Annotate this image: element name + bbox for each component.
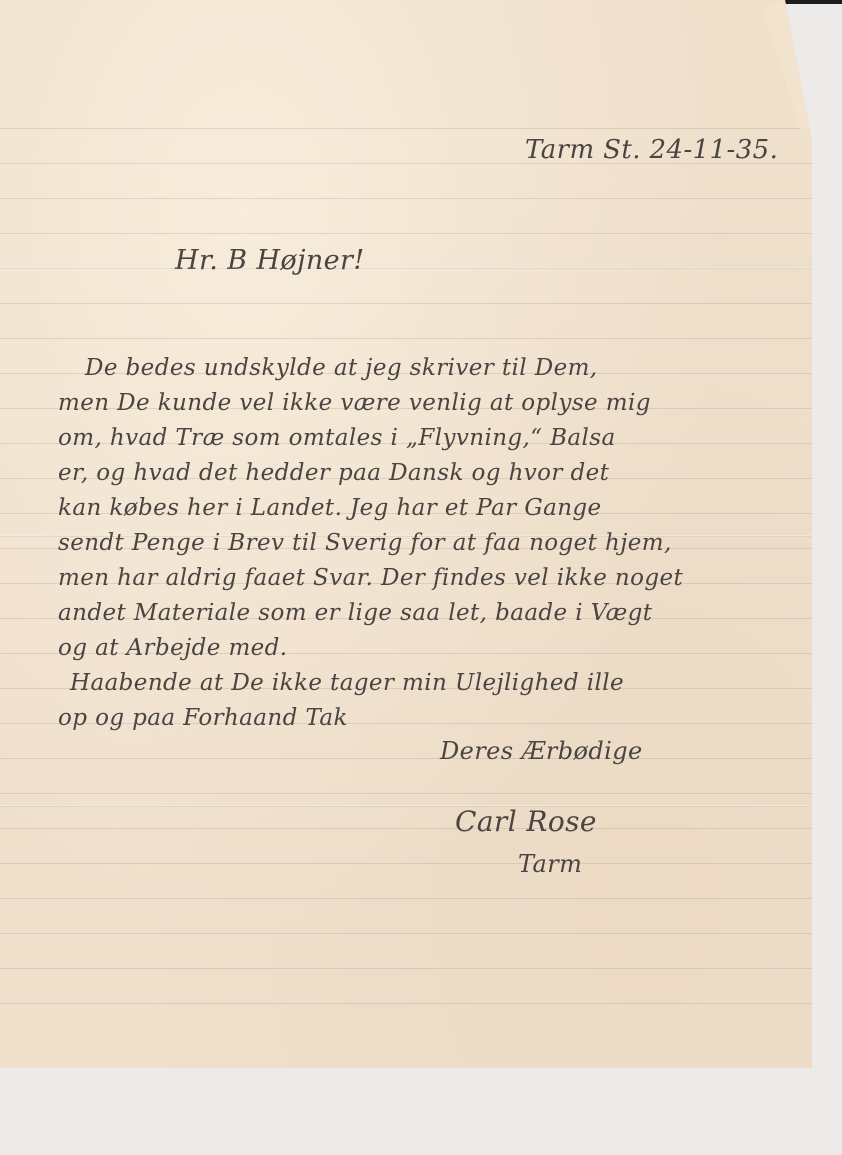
body-line: De bedes undskylde at jeg skriver til De… — [85, 355, 598, 381]
ruled-line — [0, 793, 812, 794]
closing: Deres Ærbødige — [440, 737, 643, 765]
body-line: op og paa Forhaand Tak — [58, 705, 348, 731]
body-line: sendt Penge i Brev til Sverig for at faa… — [58, 530, 672, 556]
fold-crease — [0, 805, 812, 807]
ruled-line — [0, 303, 812, 304]
date-line: Tarm St. 24-11-35. — [525, 135, 778, 165]
ruled-line — [0, 968, 812, 969]
ruled-line — [0, 933, 812, 934]
ruled-line — [0, 338, 812, 339]
body-line: men har aldrig faaet Svar. Der findes ve… — [58, 565, 683, 591]
body-line: er, og hvad det hedder paa Dansk og hvor… — [58, 460, 609, 486]
body-line: om, hvad Træ som omtales i „Flyvning,“ B… — [58, 425, 616, 451]
letter-paper: Tarm St. 24-11-35. Hr. B Højner! De bede… — [0, 0, 812, 1068]
salutation: Hr. B Højner! — [175, 245, 365, 276]
ruled-line — [0, 1003, 812, 1004]
body-line: kan købes her i Landet. Jeg har et Par G… — [58, 495, 602, 521]
ruled-line — [0, 233, 812, 234]
ruled-line — [0, 198, 812, 199]
signature: Carl Rose — [455, 805, 597, 838]
body-line: og at Arbejde med. — [58, 635, 288, 661]
ruled-line — [0, 898, 812, 899]
ruled-line — [0, 758, 812, 759]
body-line: men De kunde vel ikke være venlig at opl… — [58, 390, 651, 416]
ruled-line — [0, 863, 812, 864]
signature-place: Tarm — [518, 850, 582, 878]
ruled-line — [0, 828, 812, 829]
body-line: andet Materiale som er lige saa let, baa… — [58, 600, 652, 626]
ruled-line — [0, 128, 812, 129]
body-line: Haabende at De ikke tager min Ulejlighed… — [70, 670, 624, 696]
fold-crease — [0, 267, 812, 269]
